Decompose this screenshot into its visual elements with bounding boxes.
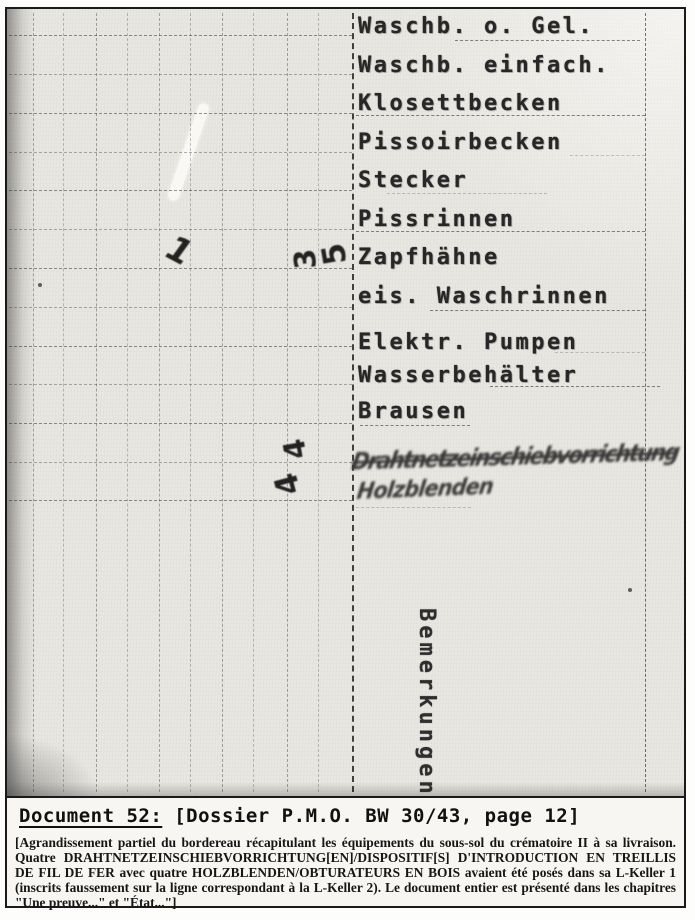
grid-line-vertical	[159, 13, 160, 792]
document-label: Document 52:	[19, 805, 162, 827]
row-separator	[356, 507, 471, 508]
handwritten-number: 4	[268, 469, 308, 499]
typed-item: Brausen	[358, 399, 468, 424]
row-separator	[360, 425, 470, 426]
handwritten-entry: Holzblenden	[355, 474, 494, 505]
grid-line-horizontal	[9, 152, 352, 153]
scan-shadow-left	[7, 9, 35, 796]
grid-line-horizontal	[9, 74, 352, 75]
handwritten-number: 4	[277, 436, 314, 462]
typed-item: Waschb. einfach.	[358, 53, 610, 78]
grid-line-horizontal	[9, 423, 352, 424]
caption-text: [Agrandissement partiel du bordereau réc…	[15, 835, 676, 910]
row-separator	[455, 40, 640, 41]
caption-section: Document 52: [Dossier P.M.O. BW 30/43, p…	[7, 798, 684, 906]
typed-item: eis. Waschrinnen	[358, 284, 610, 309]
typed-item: Klosettbecken	[358, 91, 563, 116]
typed-item: Elektr. Pumpen	[358, 330, 578, 355]
document-reference: [Dossier P.M.O. BW 30/43, page 12]	[174, 805, 580, 827]
grid-line-vertical	[33, 13, 34, 792]
grid-line-vertical-heavy	[352, 13, 354, 792]
row-separator	[387, 193, 547, 194]
grid-line-vertical	[96, 13, 97, 792]
grid-line-vertical	[190, 13, 191, 792]
grid-line-vertical	[222, 13, 223, 792]
grid-line-horizontal	[9, 346, 352, 347]
handwritten-number: 1	[157, 229, 202, 273]
caption-heading: Document 52: [Dossier P.M.O. BW 30/43, p…	[19, 805, 684, 827]
grid-line-vertical	[63, 13, 64, 792]
dust-speck	[38, 283, 42, 287]
grid-line-vertical	[287, 13, 288, 792]
grid-line-vertical	[645, 13, 646, 792]
typed-item: Waschb. o. Gel.	[358, 14, 594, 39]
typed-item: Pissoirbecken	[358, 130, 563, 155]
column-header-bemerkungen: Bemerkungen	[414, 608, 439, 798]
typed-item: Pissrinnen	[358, 207, 515, 232]
grid-line-horizontal	[9, 462, 352, 463]
typed-item: Zapfhähne	[358, 245, 500, 270]
grid-line-horizontal	[9, 113, 352, 114]
grid-line-horizontal	[9, 384, 352, 385]
handwritten-entry: Drahtnetzeinschiebvorrichtung	[350, 438, 681, 475]
scan-area: Waschb. o. Gel. Waschb. einfach. Klosett…	[7, 9, 684, 798]
typed-item: Stecker	[358, 168, 468, 193]
grid-line-vertical	[127, 13, 128, 792]
row-separator	[570, 155, 645, 156]
scan-blotch	[7, 736, 97, 796]
grid-line-vertical	[253, 13, 254, 792]
typed-item: Wasserbehälter	[358, 363, 578, 388]
scan-shadow-bottom	[7, 782, 684, 796]
handwritten-number: 5	[315, 240, 354, 268]
grid-line-horizontal	[9, 307, 352, 308]
grid-line-horizontal	[9, 190, 352, 191]
document-frame: Waschb. o. Gel. Waschb. einfach. Klosett…	[5, 7, 686, 908]
row-separator	[430, 310, 645, 311]
dust-speck	[628, 588, 632, 592]
grid-line-vertical	[318, 13, 319, 792]
grid-line-horizontal	[9, 35, 352, 36]
grid-line-horizontal	[9, 500, 352, 501]
